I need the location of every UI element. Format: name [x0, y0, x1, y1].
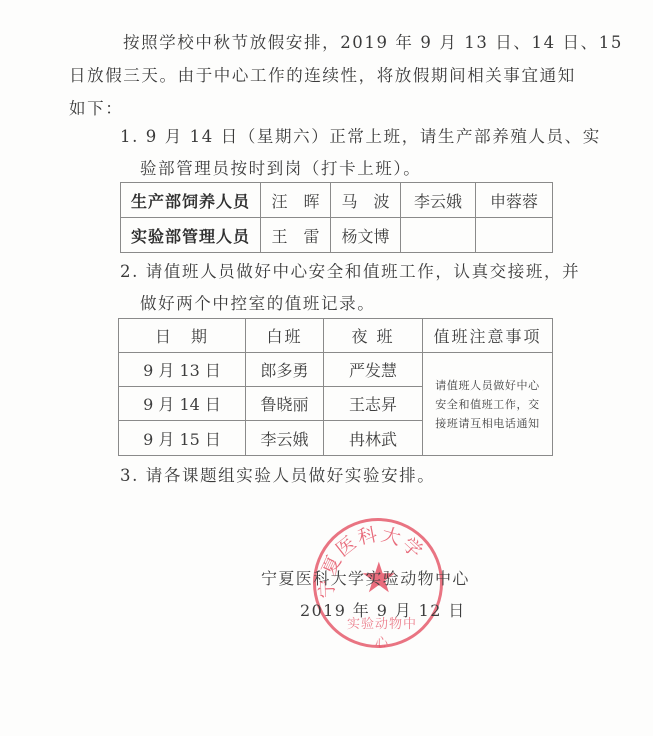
item2-line-1: 2. 请值班人员做好中心安全和值班工作，认真交接班，并 — [120, 258, 580, 282]
table-row: 实验部管理人员 王 雷 杨文博 — [121, 218, 553, 253]
header-day-shift: 白班 — [246, 319, 324, 353]
name-cell: 王 雷 — [261, 218, 331, 253]
signature-org: 宁夏医科大学实验动物中心 — [261, 566, 470, 589]
day-shift-cell: 郎多勇 — [246, 353, 324, 387]
table-header-row: 日 期 白班 夜 班 值班注意事项 — [119, 319, 553, 353]
duty-note-cell: 请值班人员做好中心 安全和值班工作，交 接班请互相电话通知 — [423, 353, 553, 456]
day-shift-cell: 鲁晓丽 — [246, 387, 324, 421]
table-row: 9 月 13 日 郎多勇 严发慧 请值班人员做好中心 安全和值班工作，交 接班请… — [119, 353, 553, 387]
header-date: 日 期 — [119, 319, 246, 353]
name-cell: 杨文博 — [331, 218, 401, 253]
paragraph-line-3: 如下： — [69, 95, 123, 119]
paragraph-line-1: 按照学校中秋节放假安排，2019 年 9 月 13 日、14 日、15 — [123, 29, 623, 53]
table-row: 生产部饲养人员 汪 晖 马 波 李云娥 申蓉蓉 — [121, 183, 553, 218]
item1-line-2: 验部管理员按时到岗（打卡上班）。 — [140, 155, 421, 179]
night-shift-cell: 冉林武 — [324, 421, 423, 456]
paragraph-line-2: 日放假三天。由于中心工作的连续性，将放假期间相关事宜通知 — [69, 62, 576, 86]
header-night-shift: 夜 班 — [324, 319, 423, 353]
staff-table: 生产部饲养人员 汪 晖 马 波 李云娥 申蓉蓉 实验部管理人员 王 雷 杨文博 — [120, 182, 553, 253]
item3-line: 3. 请各课题组实验人员做好实验安排。 — [120, 462, 435, 486]
name-cell: 马 波 — [331, 183, 401, 218]
name-cell: 汪 晖 — [261, 183, 331, 218]
night-shift-cell: 王志昇 — [324, 387, 423, 421]
dept-cell: 生产部饲养人员 — [121, 183, 261, 218]
night-shift-cell: 严发慧 — [324, 353, 423, 387]
name-cell: 李云娥 — [401, 183, 476, 218]
date-cell: 9 月 14 日 — [119, 387, 246, 421]
name-cell: 申蓉蓉 — [476, 183, 553, 218]
duty-table: 日 期 白班 夜 班 值班注意事项 9 月 13 日 郎多勇 严发慧 请值班人员… — [118, 318, 553, 456]
item2-line-2: 做好两个中控室的值班记录。 — [140, 290, 375, 314]
name-cell — [401, 218, 476, 253]
date-cell: 9 月 13 日 — [119, 353, 246, 387]
name-cell — [476, 218, 553, 253]
note-line: 请值班人员做好中心 — [423, 376, 552, 395]
note-line: 安全和值班工作，交 — [423, 395, 552, 414]
note-line: 接班请互相电话通知 — [423, 414, 552, 433]
header-notes: 值班注意事项 — [423, 319, 553, 353]
signature-date: 2019 年 9 月 12 日 — [300, 598, 466, 621]
dept-cell: 实验部管理人员 — [121, 218, 261, 253]
date-cell: 9 月 15 日 — [119, 421, 246, 456]
day-shift-cell: 李云娥 — [246, 421, 324, 456]
item1-line-1: 1. 9 月 14 日（星期六）正常上班，请生产部养殖人员、实 — [120, 123, 601, 147]
